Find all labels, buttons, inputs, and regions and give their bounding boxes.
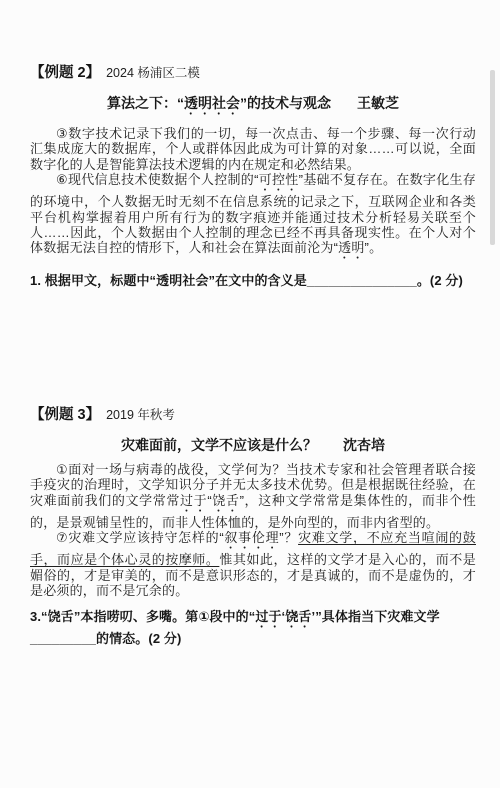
text-segment: ⑦灾难文学应该持守怎样的“ <box>56 530 224 545</box>
example-3-source: 2019 年秋考 <box>106 408 175 422</box>
article-2-paragraph-1: ①面对一场与病毒的战役，文学何为？当技术专家和社会管理者联合接手疫灾的治理时，文… <box>30 462 476 530</box>
scrollbar-thumb[interactable] <box>490 70 495 245</box>
article-1-paragraph-6: ⑥现代信息技术使数据个人控制的“可控性”基础不复存在。在数字化生存的环境中，个人… <box>30 172 476 262</box>
article-2-title-line: 灾难面前，文学不应该是什么？沈杏培 <box>30 437 476 454</box>
text-segment: ③数字技术记录下我们的一切，每一次点击、每一个步骤、每一次行动汇集成庞大的数据库… <box>30 126 476 172</box>
example-3-section: 【例题 3】2019 年秋考 灾难面前，文学不应该是什么？沈杏培 ①面对一场与病… <box>30 406 476 648</box>
text-segment: ”？ <box>279 530 298 545</box>
article-1-title: 算法之下：“透明社会”的技术与观念 <box>107 95 331 111</box>
example-2-header: 【例题 2】2024 杨浦区二模 <box>30 64 476 82</box>
text-segment: 3.“饶舌”本指唠叨、多嘴。第①段中的“ <box>30 609 255 624</box>
article-1-paragraph-3: ③数字技术记录下我们的一切，每一次点击、每一个步骤、每一次行动汇集成庞大的数据库… <box>30 126 476 172</box>
text-segment-emph: 透明社会 <box>184 95 240 111</box>
text-segment: 。(2 分) <box>417 273 463 288</box>
text-segment-emph: 叙事伦理 <box>224 530 279 545</box>
text-segment: ”。 <box>365 240 383 255</box>
text-segment: _________ <box>30 631 96 646</box>
text-segment-emph: 过于‘饶舌’ <box>255 609 315 624</box>
text-segment-emph: 透明 <box>338 240 364 255</box>
article-1-title-line: 算法之下：“透明社会”的技术与观念王敏芝 <box>30 95 476 118</box>
document-page: 【例题 2】2024 杨浦区二模 算法之下：“透明社会”的技术与观念王敏芝 ③数… <box>0 0 500 788</box>
text-segment: 的情态。(2 分) <box>96 631 181 646</box>
question-3: 3.“饶舌”本指唠叨、多嘴。第①段中的“过于‘饶舌’”具体指当下灾难文学____… <box>30 609 476 648</box>
article-2-title: 灾难面前，文学不应该是什么？ <box>121 437 317 453</box>
text-segment: _______________ <box>307 273 417 288</box>
text-segment: 算法之下：“ <box>107 95 184 111</box>
text-segment: ”的技术与观念 <box>240 95 331 111</box>
example-2-label: 【例题 2】 <box>30 65 100 81</box>
text-segment: 1. 根据甲文，标题中“透明社会”在文中的含义是 <box>30 273 307 288</box>
article-2-author: 沈杏培 <box>343 437 385 453</box>
example-3-header: 【例题 3】2019 年秋考 <box>30 406 476 424</box>
example-2-source: 2024 杨浦区二模 <box>106 66 200 80</box>
document-content: 【例题 2】2024 杨浦区二模 算法之下：“透明社会”的技术与观念王敏芝 ③数… <box>0 0 500 648</box>
text-segment: ”具体指当下灾难文学 <box>315 609 440 624</box>
text-segment: ⑥现代信息技术使数据个人控制的“ <box>56 172 259 187</box>
example-3-label: 【例题 3】 <box>30 407 100 423</box>
text-segment-emph: 可控性 <box>259 172 299 187</box>
article-1-author: 王敏芝 <box>357 95 399 111</box>
article-2-paragraph-7: ⑦灾难文学应该持守怎样的“叙事伦理”？灾难文学，不应充当喧闹的鼓手，而应是个体心… <box>30 530 476 598</box>
text-segment-emph: 过于“饶舌” <box>180 493 244 508</box>
example-2-section: 【例题 2】2024 杨浦区二模 算法之下：“透明社会”的技术与观念王敏芝 ③数… <box>30 64 476 290</box>
text-segment: 灾难面前，文学不应该是什么？ <box>121 437 317 453</box>
question-1: 1. 根据甲文，标题中“透明社会”在文中的含义是_______________。… <box>30 273 476 290</box>
